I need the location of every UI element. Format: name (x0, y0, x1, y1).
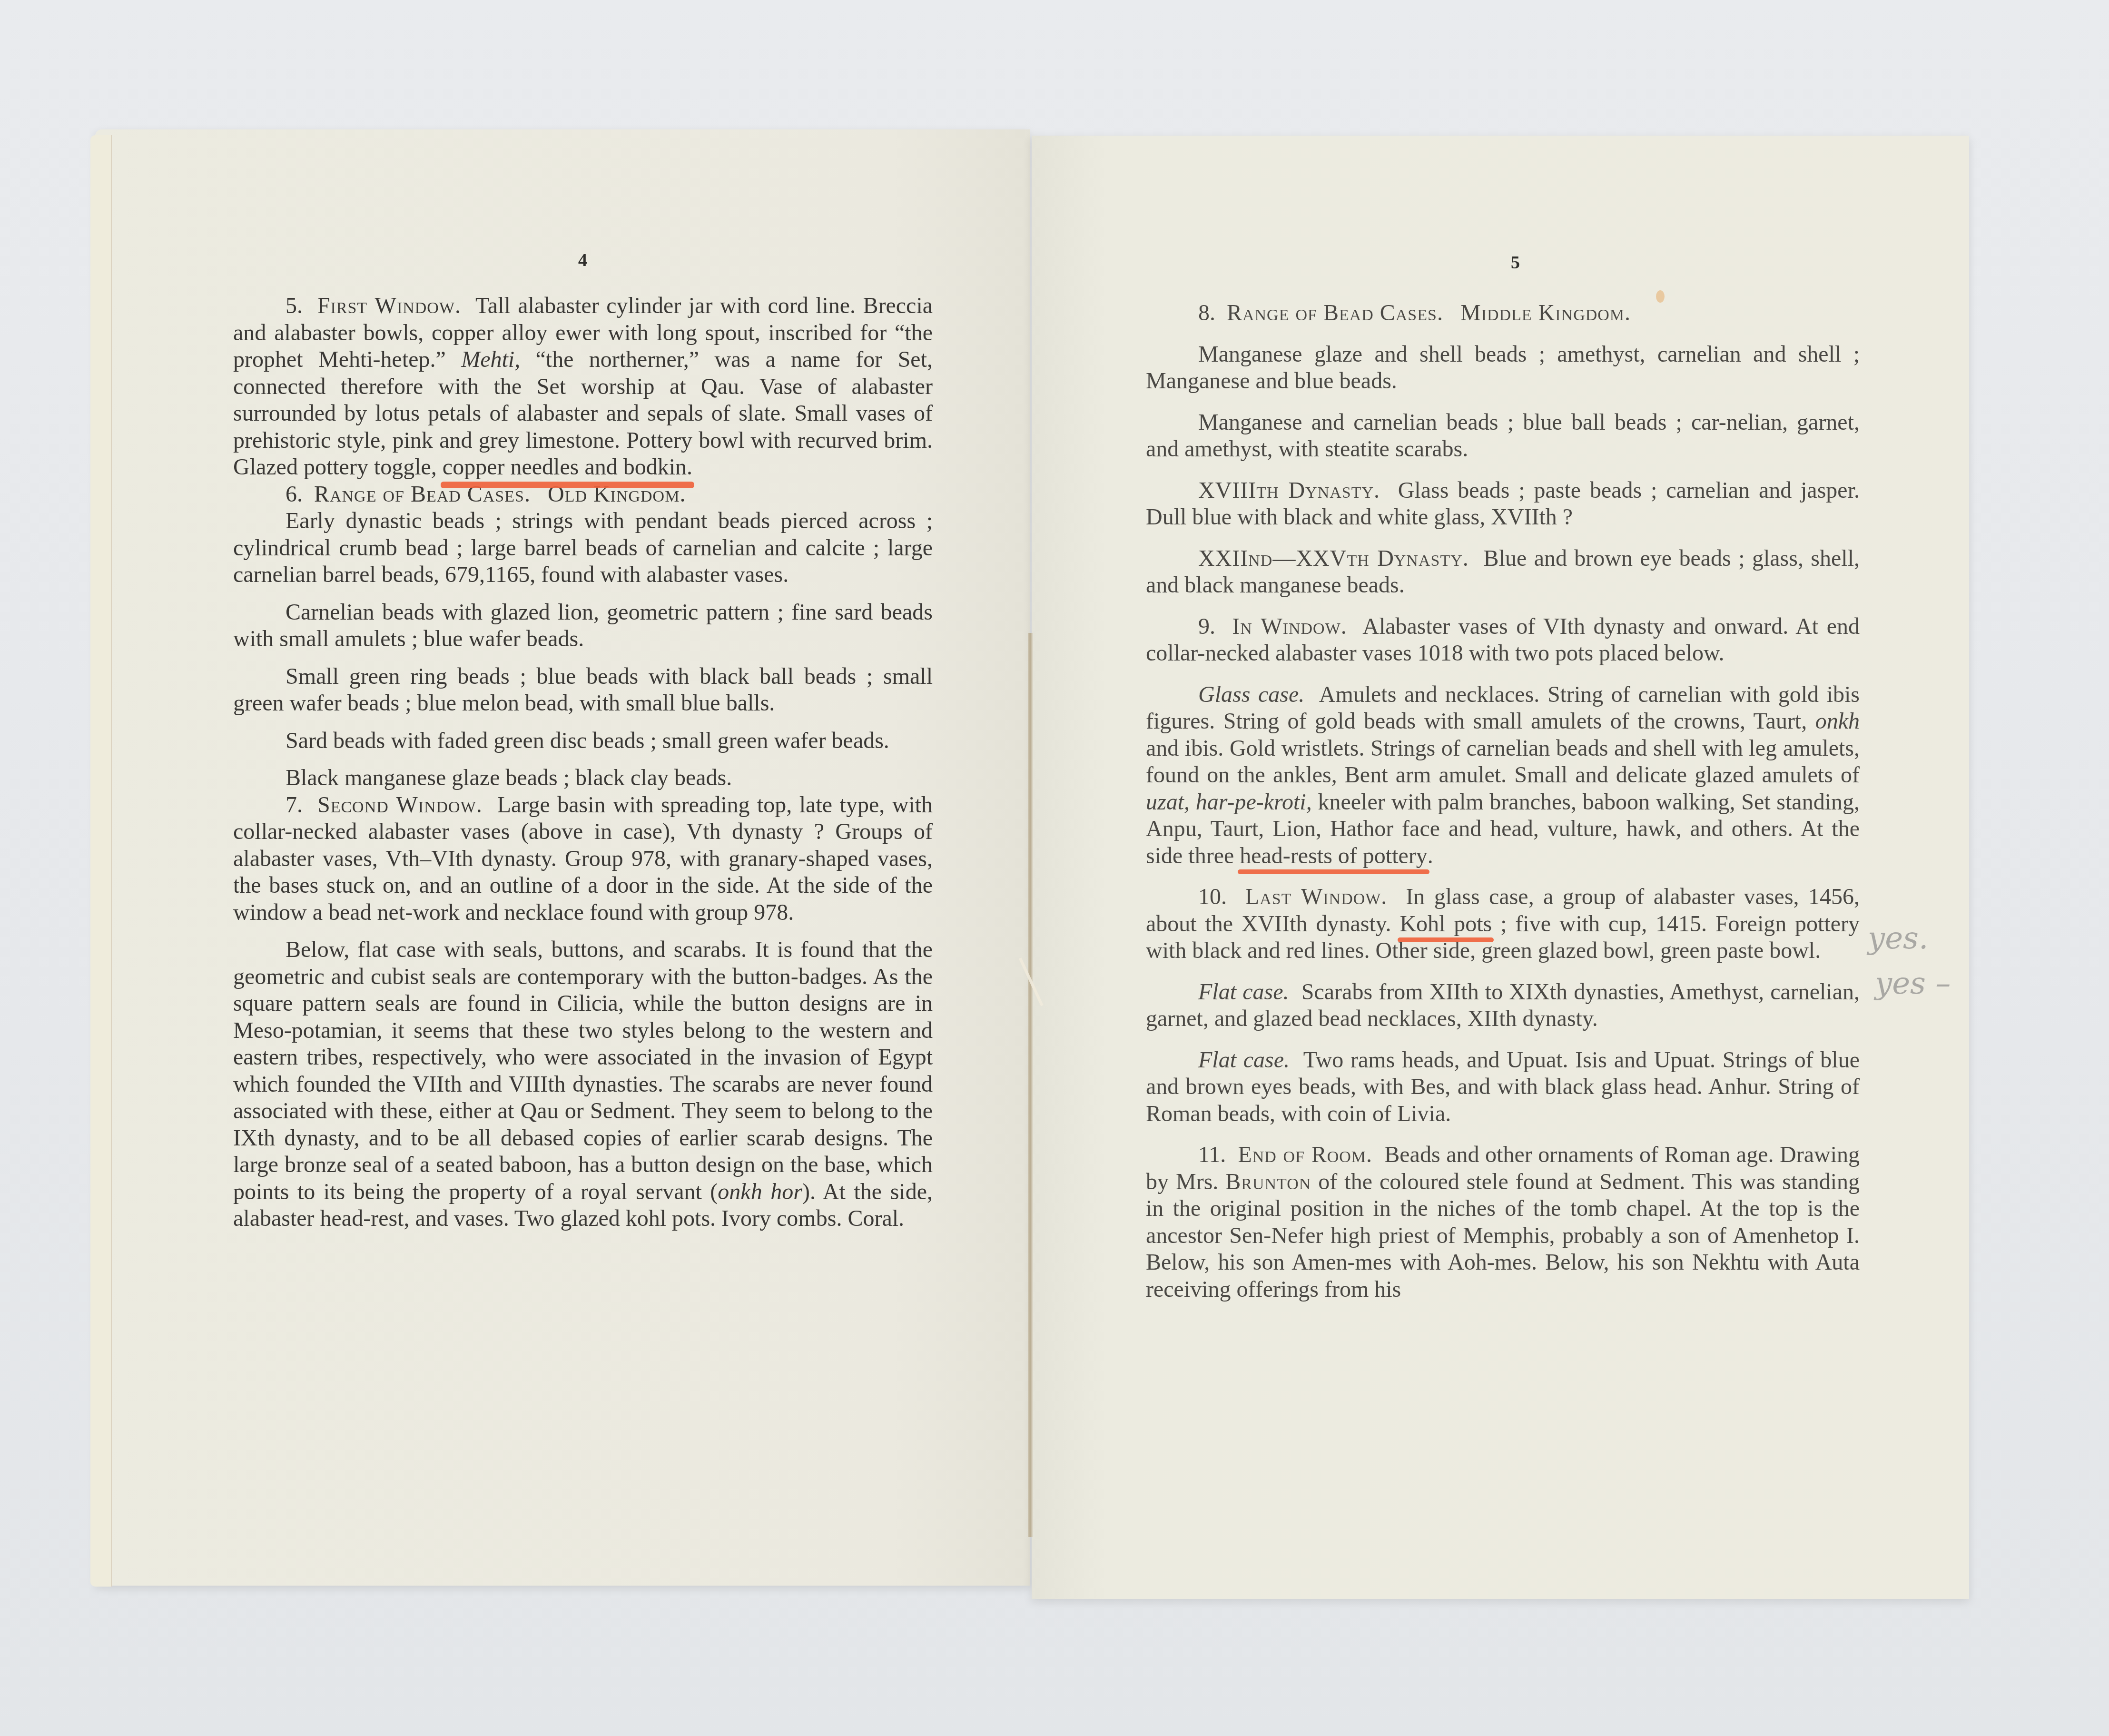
paragraph: Black manganese glaze beads ; black clay… (233, 765, 933, 792)
section-8-heading: 8. Range of Bead Cases. Middle Kingdom. (1146, 300, 1860, 327)
paragraph: Manganese glaze and shell beads ; amethy… (1146, 341, 1860, 395)
section-11: 11. End of Room. Beads and other ornamen… (1146, 1142, 1860, 1303)
section-heading: In Window. (1232, 614, 1347, 639)
paragraph: Below, flat case with seals, buttons, an… (233, 937, 933, 1233)
red-underline-annotation: head-rests of pottery (1240, 843, 1428, 868)
paragraph: Flat case. Scarabs from XIIth to XIXth d… (1146, 979, 1860, 1033)
book-spine (1028, 633, 1033, 1537)
paragraph: XVIIIth Dynasty. Glass beads ; paste bea… (1146, 477, 1860, 531)
section-heading: Range of Bead Cases. (1227, 300, 1443, 325)
left-page-text: 5. First Window. Tall alabaster cylinder… (233, 293, 933, 1233)
section-5: 5. First Window. Tall alabaster cylinder… (233, 293, 933, 481)
paragraph: Early dynastic beads ; strings with pend… (233, 508, 933, 589)
section-7: 7. Second Window. Large basin with sprea… (233, 792, 933, 927)
page-number-right: 5 (1511, 252, 1520, 273)
right-page-text: 8. Range of Bead Cases. Middle Kingdom. … (1146, 300, 1860, 1303)
section-9: 9. In Window. Alabaster vases of VIth dy… (1146, 613, 1860, 667)
pencil-annotation: yes – (1875, 966, 1951, 1001)
section-10: 10. Last Window. In glass case, a group … (1146, 884, 1860, 965)
paragraph: Sard beads with faded green disc beads ;… (233, 728, 933, 755)
section-heading: End of Room. (1238, 1142, 1372, 1167)
paragraph: Small green ring beads ; blue beads with… (233, 663, 933, 717)
section-heading: Last Window. (1245, 884, 1388, 909)
paragraph: Manganese and carnelian beads ; blue bal… (1146, 409, 1860, 463)
section-heading: First Window. (317, 293, 461, 318)
paragraph: Carnelian beads with glazed lion, geomet… (233, 599, 933, 653)
paragraph: XXIInd—XXVth Dynasty. Blue and brown eye… (1146, 545, 1860, 599)
page-number-left: 4 (578, 250, 587, 271)
paragraph: Glass case. Amulets and necklaces. Strin… (1146, 681, 1860, 870)
red-underline-annotation: copper needles and bodkin. (443, 454, 692, 480)
red-underline-annotation: Kohl pots (1399, 911, 1492, 937)
left-page-edge (90, 135, 112, 1587)
section-subheading: Middle Kingdom. (1460, 300, 1631, 325)
pencil-annotation: yes. (1868, 921, 1928, 956)
paragraph: Flat case. Two rams heads, and Upuat. Is… (1146, 1047, 1860, 1128)
section-heading: Second Window. (317, 792, 483, 818)
